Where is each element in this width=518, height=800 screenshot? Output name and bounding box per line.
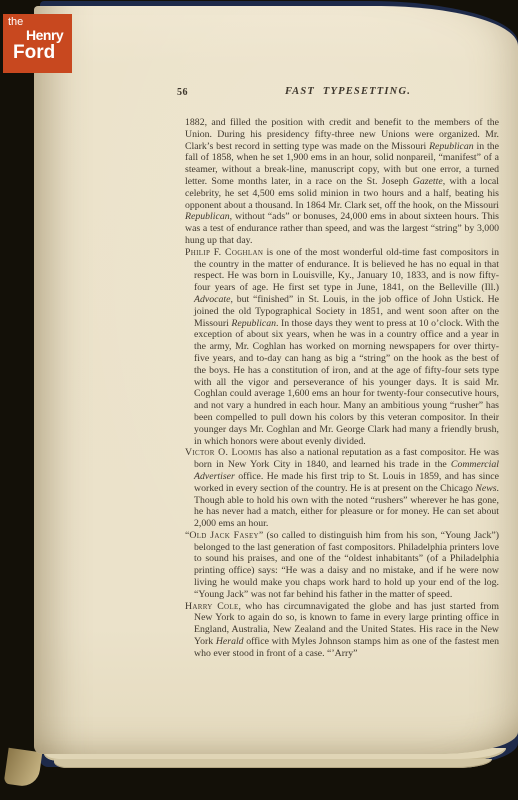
text-segment: Gazette bbox=[413, 176, 443, 187]
text-segment: Herald bbox=[216, 636, 244, 647]
text-segment: . In those days they went to press at 10… bbox=[194, 318, 499, 447]
book-photo: 56 FAST TYPESETTING. 1882, and filled th… bbox=[0, 0, 518, 800]
text-segment: Republican bbox=[429, 141, 474, 152]
compositor-name: Philip F. Coghlan bbox=[185, 247, 263, 258]
text-segment: , without “ads” or bonuses, 24,000 ems i… bbox=[185, 211, 499, 246]
running-head: FAST TYPESETTING. bbox=[185, 86, 499, 97]
text-segment: Republican bbox=[231, 318, 276, 329]
compositor-name: Victor O. Loomis bbox=[185, 447, 262, 458]
paragraph: Harry Cole, who has circumnavigated the … bbox=[185, 601, 499, 660]
compositor-name: Harry Cole bbox=[185, 601, 239, 612]
page-text: 1882, and filled the position with credi… bbox=[185, 117, 499, 660]
page-content: 56 FAST TYPESETTING. 1882, and filled th… bbox=[185, 86, 499, 660]
paragraph: Philip F. Coghlan is one of the most won… bbox=[185, 247, 499, 448]
paragraph: Victor O. Loomis has also a national rep… bbox=[185, 447, 499, 530]
compositor-name: Old Jack Fasey bbox=[189, 530, 259, 541]
page-head-row: 56 FAST TYPESETTING. bbox=[185, 86, 499, 100]
logo-word-the: the bbox=[8, 16, 23, 28]
text-segment: Advocate bbox=[194, 294, 230, 305]
henry-ford-logo: the Henry Ford bbox=[3, 14, 72, 73]
text-segment: office. He made his first trip to St. Lo… bbox=[194, 471, 499, 494]
book-page: 56 FAST TYPESETTING. 1882, and filled th… bbox=[34, 6, 518, 754]
paragraph: 1882, and filled the position with credi… bbox=[185, 117, 499, 247]
page-number: 56 bbox=[177, 87, 188, 98]
logo-word-ford: Ford bbox=[13, 42, 55, 64]
paragraph: “Old Jack Fasey” (so called to distingui… bbox=[185, 530, 499, 601]
fore-edge-pages bbox=[34, 8, 61, 764]
text-segment: Republican bbox=[185, 211, 230, 222]
page-stack-edge bbox=[54, 759, 492, 768]
logo-word-henry: Henry bbox=[26, 27, 63, 43]
text-segment: News bbox=[475, 483, 496, 494]
